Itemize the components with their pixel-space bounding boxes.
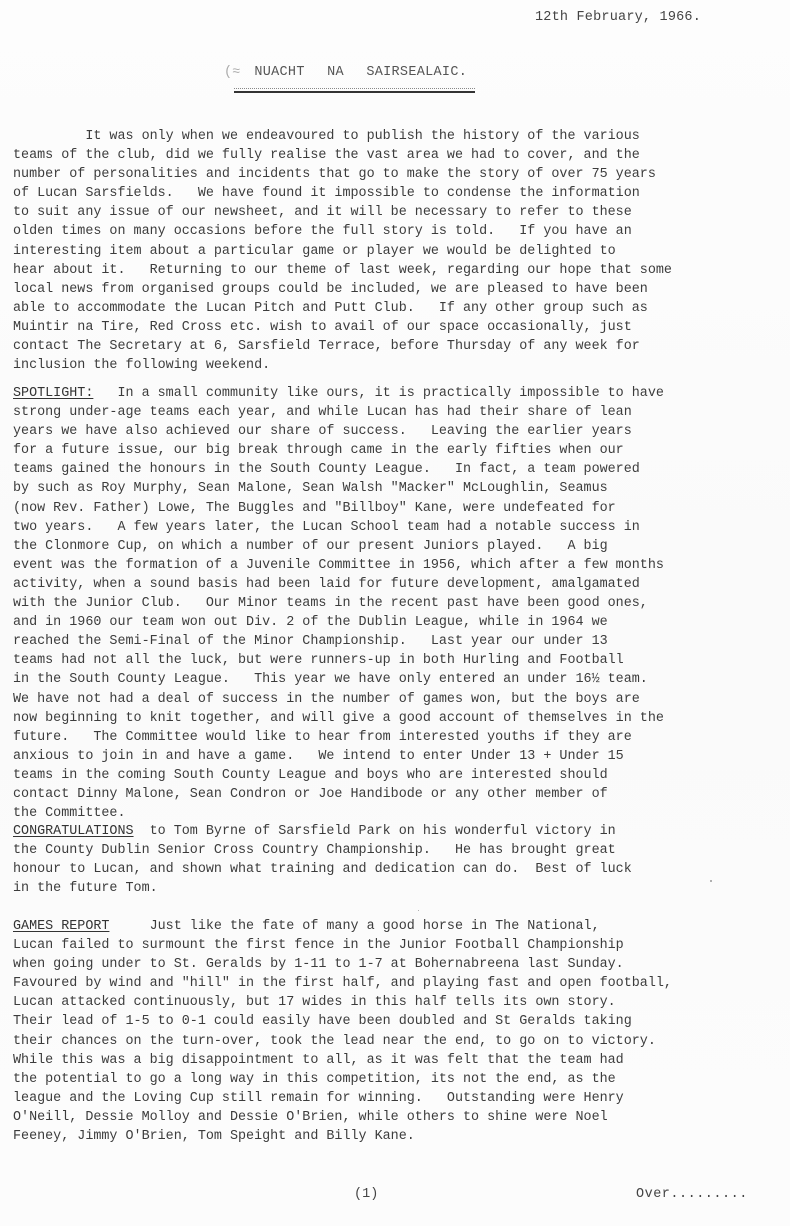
text-line: It was only when we endeavoured to publi…: [13, 127, 783, 146]
games-report-heading: GAMES REPORT: [13, 919, 109, 934]
text-line: teams in the coming South County League …: [13, 766, 783, 785]
text-line: their chances on the turn-over, took the…: [13, 1032, 783, 1051]
text-line: While this was a big disappointment to a…: [13, 1051, 783, 1070]
text-line: O'Neill, Dessie Molloy and Dessie O'Brie…: [13, 1108, 783, 1127]
newsletter-page: 12th February, 1966. (≈ NUACHT NA SAIRSE…: [0, 0, 790, 1226]
games-report-section: GAMES REPORT Just like the fate of many …: [13, 917, 783, 1146]
text-line: teams gained the honours in the South Co…: [13, 460, 783, 479]
text-line: now beginning to knit together, and will…: [13, 709, 783, 728]
text-line: Lucan attacked continuously, but 17 wide…: [13, 993, 783, 1012]
newsletter-title: (≈ NUACHT NA SAIRSEALAIC.: [224, 65, 467, 80]
spotlight-body: strong under-age teams each year, and wh…: [13, 403, 783, 823]
text-line: able to accommodate the Lucan Pitch and …: [13, 299, 783, 318]
spotlight-section: SPOTLIGHT: In a small community like our…: [13, 384, 783, 823]
paper-speck: [710, 880, 712, 882]
spotlight-first-line-text: In a small community like ours, it is pr…: [93, 386, 664, 401]
continuation-marker: Over.........: [636, 1187, 748, 1202]
text-line: in the South County League. This year we…: [13, 670, 783, 689]
text-line: activity, when a sound basis had been la…: [13, 575, 783, 594]
text-line: the potential to go a long way in this c…: [13, 1070, 783, 1089]
text-line: Their lead of 1-5 to 0-1 could easily ha…: [13, 1012, 783, 1031]
text-line: by such as Roy Murphy, Sean Malone, Sean…: [13, 479, 783, 498]
text-line: hear about it. Returning to our theme of…: [13, 261, 783, 280]
text-line: reached the Semi-Final of the Minor Cham…: [13, 632, 783, 651]
text-line: future. The Committee would like to hear…: [13, 728, 783, 747]
text-line: the County Dublin Senior Cross Country C…: [13, 841, 783, 860]
text-line: the Committee.: [13, 804, 783, 823]
text-line: of Lucan Sarsfields. We have found it im…: [13, 184, 783, 203]
text-line: teams of the club, did we fully realise …: [13, 146, 783, 165]
text-line: event was the formation of a Juvenile Co…: [13, 556, 783, 575]
text-line: league and the Loving Cup still remain f…: [13, 1089, 783, 1108]
games-report-body: Lucan failed to surmount the first fence…: [13, 936, 783, 1146]
text-line: local news from organised groups could b…: [13, 280, 783, 299]
text-line: two years. A few years later, the Lucan …: [13, 518, 783, 537]
text-line: (now Rev. Father) Lowe, The Buggles and …: [13, 499, 783, 518]
text-line: number of personalities and incidents th…: [13, 165, 783, 184]
text-line: olden times on many occasions before the…: [13, 222, 783, 241]
text-line: interesting item about a particular game…: [13, 242, 783, 261]
text-line: honour to Lucan, and shown what training…: [13, 860, 783, 879]
text-line: the Clonmore Cup, on which a number of o…: [13, 537, 783, 556]
congratulations-body: the County Dublin Senior Cross Country C…: [13, 841, 783, 898]
congratulations-first-line-text: to Tom Byrne of Sarsfield Park on his wo…: [134, 824, 616, 839]
text-line: contact Dinny Malone, Sean Condron or Jo…: [13, 785, 783, 804]
text-line: to suit any issue of our newsheet, and i…: [13, 203, 783, 222]
text-line: We have not had a deal of success in the…: [13, 690, 783, 709]
title-stray-mark: (≈: [224, 65, 240, 80]
title-underline: [234, 91, 475, 93]
text-line: with the Junior Club. Our Minor teams in…: [13, 594, 783, 613]
text-line: in the future Tom.: [13, 879, 783, 898]
games-report-first-line: GAMES REPORT Just like the fate of many …: [13, 917, 783, 936]
congratulations-section: CONGRATULATIONS to Tom Byrne of Sarsfiel…: [13, 822, 783, 898]
congratulations-first-line: CONGRATULATIONS to Tom Byrne of Sarsfiel…: [13, 822, 783, 841]
text-line: inclusion the following weekend.: [13, 356, 783, 375]
text-line: years we have also achieved our share of…: [13, 422, 783, 441]
text-line: Feeney, Jimmy O'Brien, Tom Speight and B…: [13, 1127, 783, 1146]
text-line: Lucan failed to surmount the first fence…: [13, 936, 783, 955]
issue-date: 12th February, 1966.: [535, 10, 701, 25]
title-text: NUACHT NA SAIRSEALAIC.: [254, 65, 467, 80]
text-line: strong under-age teams each year, and wh…: [13, 403, 783, 422]
games-report-first-line-text: Just like the fate of many a good horse …: [109, 919, 599, 934]
text-line: anxious to join in and have a game. We i…: [13, 747, 783, 766]
text-line: when going under to St. Geralds by 1-11 …: [13, 955, 783, 974]
spotlight-first-line: SPOTLIGHT: In a small community like our…: [13, 384, 783, 403]
congratulations-heading: CONGRATULATIONS: [13, 824, 134, 839]
paper-speck: [418, 910, 419, 911]
text-line: contact The Secretary at 6, Sarsfield Te…: [13, 337, 783, 356]
text-line: and in 1960 our team won out Div. 2 of t…: [13, 613, 783, 632]
text-line: teams had not all the luck, but were run…: [13, 651, 783, 670]
title-underline-dotted: [234, 88, 475, 89]
text-line: Favoured by wind and "hill" in the first…: [13, 974, 783, 993]
text-line: Muintir na Tire, Red Cross etc. wish to …: [13, 318, 783, 337]
intro-paragraph: It was only when we endeavoured to publi…: [13, 127, 783, 375]
spotlight-heading: SPOTLIGHT:: [13, 386, 93, 401]
page-number: (1): [354, 1187, 378, 1202]
text-line: for a future issue, our big break throug…: [13, 441, 783, 460]
